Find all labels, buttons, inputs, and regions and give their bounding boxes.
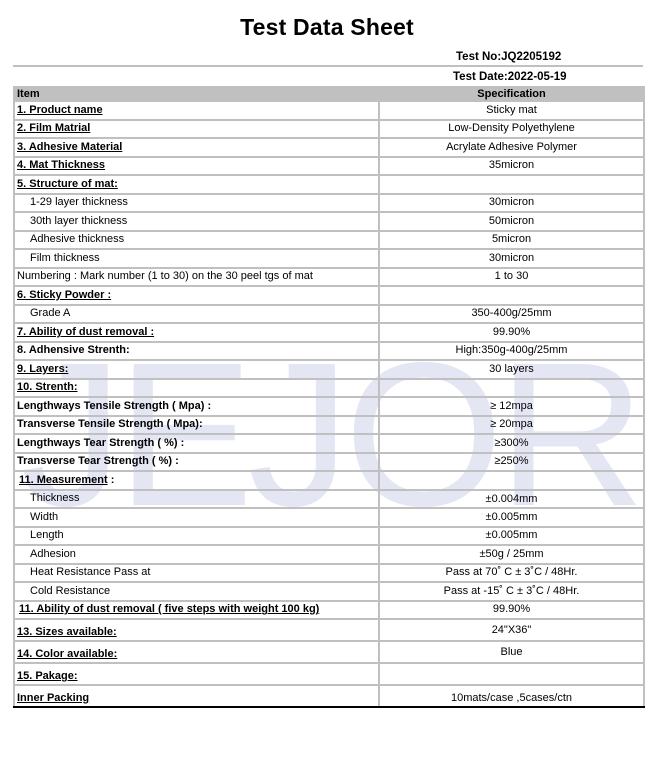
item-label-tail: :: [108, 474, 115, 486]
specification-cell: 1 to 30: [379, 268, 644, 287]
item-cell: 11. Ability of dust removal ( five steps…: [14, 601, 379, 620]
table-row: Adhesive thickness5micron: [14, 231, 644, 250]
specification-cell: 30micron: [379, 249, 644, 268]
page-title: Test Data Sheet: [0, 14, 654, 41]
item-label: 1-29 layer thickness: [30, 196, 128, 208]
item-label: Transverse Tensile Strength ( Mpa):: [17, 418, 203, 430]
item-label: 7. Ability of dust removal :: [17, 326, 154, 338]
item-label: 8. Adhensive Strenth:: [17, 344, 130, 356]
column-header-specification: Specification: [379, 87, 644, 101]
specification-cell: Sticky mat: [379, 101, 644, 120]
specification-cell: ≥300%: [379, 434, 644, 453]
item-label: 11. Measurement: [19, 474, 108, 486]
table-row: 9. Layers:30 layers: [14, 360, 644, 379]
table-row: 6. Sticky Powder :: [14, 286, 644, 305]
item-label: 9. Layers:: [17, 363, 68, 375]
specification-cell: Blue: [379, 641, 644, 663]
item-cell: Cold Resistance: [14, 582, 379, 601]
table-row: 8. Adhensive Strenth:High:350g-400g/25mm: [14, 342, 644, 361]
item-label: 11. Ability of dust removal ( five steps…: [19, 603, 319, 615]
item-cell: 10. Strenth:: [14, 379, 379, 398]
specification-cell: Low-Density Polyethylene: [379, 120, 644, 139]
specification-cell: ≥250%: [379, 453, 644, 472]
item-label: 2. Film Matrial: [17, 122, 90, 134]
table-row: Heat Resistance Pass atPass at 70˚ C ± 3…: [14, 564, 644, 583]
specification-cell: ≥ 20mpa: [379, 416, 644, 435]
item-label: Numbering : Mark number (1 to 30) on the…: [17, 270, 313, 282]
item-cell: Transverse Tear Strength ( %) :: [14, 453, 379, 472]
item-cell: 15. Pakage:: [14, 663, 379, 685]
item-label: 6. Sticky Powder :: [17, 289, 111, 301]
table-row: Adhesion±50g / 25mm: [14, 545, 644, 564]
item-cell: Inner Packing: [14, 685, 379, 707]
table-row: Transverse Tensile Strength ( Mpa):≥ 20m…: [14, 416, 644, 435]
specification-cell: Pass at -15˚ C ± 3˚C / 48Hr.: [379, 582, 644, 601]
item-label: Heat Resistance Pass at: [30, 566, 150, 578]
item-label: 14. Color available:: [17, 648, 117, 660]
specification-cell: 35micron: [379, 157, 644, 176]
table-row: 30th layer thickness50micron: [14, 212, 644, 231]
table-row: 15. Pakage:: [14, 663, 644, 685]
item-label: 5. Structure of mat:: [17, 178, 118, 190]
item-cell: Adhesive thickness: [14, 231, 379, 250]
specification-cell: [379, 663, 644, 685]
item-label: Length: [30, 529, 64, 541]
specification-cell: Acrylate Adhesive Polymer: [379, 138, 644, 157]
item-cell: Grade A: [14, 305, 379, 324]
item-label: Width: [30, 511, 58, 523]
table-row: 2. Film MatrialLow-Density Polyethylene: [14, 120, 644, 139]
specification-cell: [379, 175, 644, 194]
table-row: 11. Ability of dust removal ( five steps…: [14, 601, 644, 620]
table-row: 1. Product nameSticky mat: [14, 101, 644, 120]
table-row: Lengthways Tensile Strength ( Mpa) :≥ 12…: [14, 397, 644, 416]
item-cell: Width: [14, 508, 379, 527]
item-label: Transverse Tear Strength ( %) :: [17, 455, 179, 467]
specification-cell: ±0.005mm: [379, 527, 644, 546]
table-row: 10. Strenth:: [14, 379, 644, 398]
specification-cell: ±50g / 25mm: [379, 545, 644, 564]
specification-cell: Pass at 70˚ C ± 3˚C / 48Hr.: [379, 564, 644, 583]
item-cell: Length: [14, 527, 379, 546]
item-label: 10. Strenth:: [17, 381, 78, 393]
item-cell: 13. Sizes available:: [14, 619, 379, 641]
table-row: Transverse Tear Strength ( %) :≥250%: [14, 453, 644, 472]
specification-cell: [379, 379, 644, 398]
item-cell: 1-29 layer thickness: [14, 194, 379, 213]
table-row: 7. Ability of dust removal :99.90%: [14, 323, 644, 342]
table-row: Cold ResistancePass at -15˚ C ± 3˚C / 48…: [14, 582, 644, 601]
item-cell: 2. Film Matrial: [14, 120, 379, 139]
specification-cell: 30 layers: [379, 360, 644, 379]
item-label: Thickness: [30, 492, 80, 504]
table-row: Width±0.005mm: [14, 508, 644, 527]
item-cell: 1. Product name: [14, 101, 379, 120]
item-cell: Thickness: [14, 490, 379, 509]
specification-cell: 30micron: [379, 194, 644, 213]
header-divider: [13, 65, 643, 67]
item-cell: 8. Adhensive Strenth:: [14, 342, 379, 361]
item-label: Adhesion: [30, 548, 76, 560]
table-row: 4. Mat Thickness35micron: [14, 157, 644, 176]
item-label: 4. Mat Thickness: [17, 159, 105, 171]
table-row: Grade A350-400g/25mm: [14, 305, 644, 324]
item-label: 15. Pakage:: [17, 670, 78, 682]
specification-cell: ±0.005mm: [379, 508, 644, 527]
test-number: Test No:JQ2205192: [456, 51, 561, 63]
item-label: 1. Product name: [17, 104, 103, 116]
specification-cell: 99.90%: [379, 323, 644, 342]
item-cell: Heat Resistance Pass at: [14, 564, 379, 583]
table-row: Length±0.005mm: [14, 527, 644, 546]
specification-cell: 10mats/case ,5cases/ctn: [379, 685, 644, 707]
table-row: 14. Color available: Blue: [14, 641, 644, 663]
item-cell: 9. Layers:: [14, 360, 379, 379]
item-cell: Numbering : Mark number (1 to 30) on the…: [14, 268, 379, 287]
table-row: Inner Packing10mats/case ,5cases/ctn: [14, 685, 644, 707]
spec-table: Item Specification 1. Product nameSticky…: [13, 86, 645, 708]
item-label: Grade A: [30, 307, 70, 319]
item-cell: Lengthways Tear Strength ( %) :: [14, 434, 379, 453]
item-cell: Lengthways Tensile Strength ( Mpa) :: [14, 397, 379, 416]
specification-cell: High:350g-400g/25mm: [379, 342, 644, 361]
specification-cell: 50micron: [379, 212, 644, 231]
specification-cell: 24"X36": [379, 619, 644, 641]
table-row: 11. Measurement :: [14, 471, 644, 490]
item-label: 3. Adhesive Material: [17, 141, 122, 153]
item-label: Film thickness: [30, 252, 100, 264]
item-label: Inner Packing: [17, 692, 89, 704]
specification-cell: [379, 286, 644, 305]
table-row: Lengthways Tear Strength ( %) :≥300%: [14, 434, 644, 453]
table-row: 3. Adhesive MaterialAcrylate Adhesive Po…: [14, 138, 644, 157]
item-cell: 7. Ability of dust removal :: [14, 323, 379, 342]
specification-cell: [379, 471, 644, 490]
specification-cell: ±0.004mm: [379, 490, 644, 509]
item-cell: Transverse Tensile Strength ( Mpa):: [14, 416, 379, 435]
table-row: Thickness±0.004mm: [14, 490, 644, 509]
item-cell: 6. Sticky Powder :: [14, 286, 379, 305]
item-label: Cold Resistance: [30, 585, 110, 597]
item-label: 13. Sizes available:: [17, 626, 117, 638]
specification-cell: 99.90%: [379, 601, 644, 620]
item-cell: 5. Structure of mat:: [14, 175, 379, 194]
table-row: 1-29 layer thickness30micron: [14, 194, 644, 213]
specification-cell: 5micron: [379, 231, 644, 250]
item-cell: Adhesion: [14, 545, 379, 564]
item-cell: 4. Mat Thickness: [14, 157, 379, 176]
item-cell: 3. Adhesive Material: [14, 138, 379, 157]
item-cell: 30th layer thickness: [14, 212, 379, 231]
specification-cell: 350-400g/25mm: [379, 305, 644, 324]
item-label: 30th layer thickness: [30, 215, 127, 227]
item-label: Lengthways Tensile Strength ( Mpa) :: [17, 400, 211, 412]
item-cell: Film thickness: [14, 249, 379, 268]
table-row: 5. Structure of mat:: [14, 175, 644, 194]
item-label: Lengthways Tear Strength ( %) :: [17, 437, 184, 449]
table-row: Numbering : Mark number (1 to 30) on the…: [14, 268, 644, 287]
table-row: Film thickness30micron: [14, 249, 644, 268]
table-header-row: Item Specification: [14, 87, 644, 101]
column-header-item: Item: [14, 87, 379, 101]
table-row: 13. Sizes available:24"X36": [14, 619, 644, 641]
specification-cell: ≥ 12mpa: [379, 397, 644, 416]
test-date: Test Date:2022-05-19: [453, 71, 567, 83]
item-cell: 14. Color available:: [14, 641, 379, 663]
item-cell: 11. Measurement :: [14, 471, 379, 490]
item-label: Adhesive thickness: [30, 233, 124, 245]
